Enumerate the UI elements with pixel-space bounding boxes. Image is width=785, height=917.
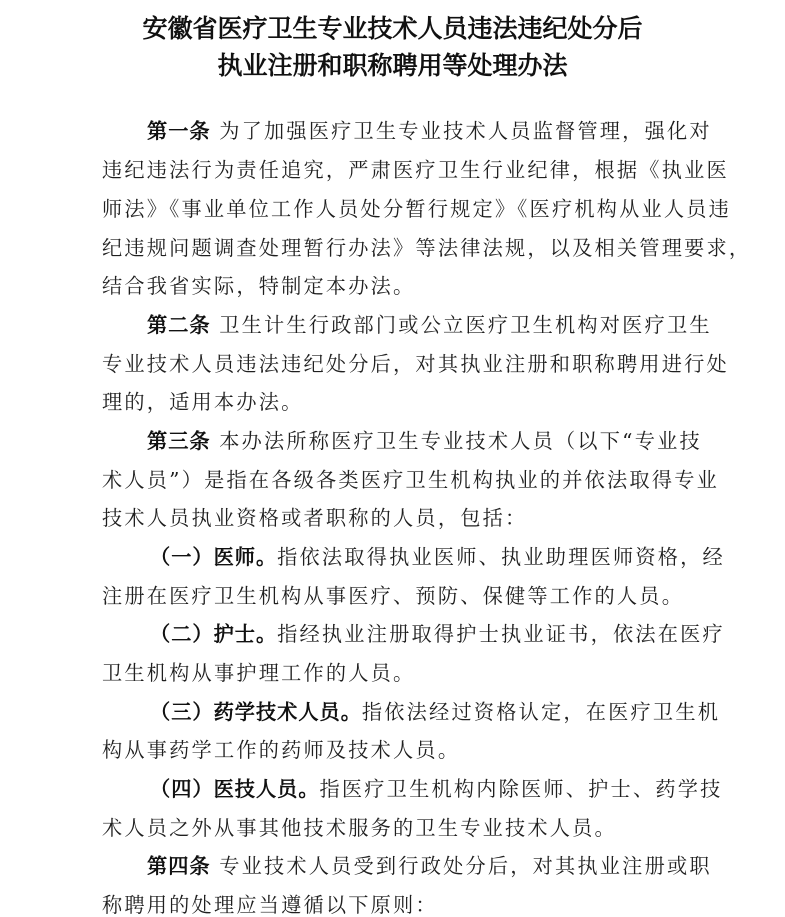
article-2-line-2: 专业技术人员违法违纪处分后，对其执业注册和职称聘用进行处 — [102, 349, 692, 379]
article-heading: 第三条 — [147, 429, 211, 453]
article-text: 本办法所称医疗卫生专业技术人员（以下“专业技 — [219, 429, 702, 453]
item-2-line-1: （二）护士。指经执业注册取得护士执业证书，依法在医疗 — [150, 619, 740, 649]
article-4-line-1: 第四条 专业技术人员受到行政处分后，对其执业注册或职 — [147, 851, 737, 881]
item-1-line-2: 注册在医疗卫生机构从事医疗、预防、保健等工作的人员。 — [102, 581, 692, 611]
item-4-line-2: 术人员之外从事其他技术服务的卫生专业技术人员。 — [102, 813, 692, 843]
item-text: 指经执业注册取得护士执业证书，依法在医疗 — [277, 622, 725, 646]
article-1-line-2: 违纪违法行为责任追究，严肃医疗卫生行业纪律，根据《执业医 — [102, 155, 692, 185]
item-text: 指依法取得执业医师、执业助理医师资格，经 — [277, 545, 725, 569]
item-1-line-1: （一）医师。指依法取得执业医师、执业助理医师资格，经 — [150, 542, 740, 572]
item-text: 指医疗卫生机构内除医师、护士、药学技 — [320, 777, 723, 801]
item-text: 指依法经过资格认定，在医疗卫生机 — [362, 700, 720, 724]
article-1-line-4: 纪违规问题调查处理暂行办法》等法律法规，以及相关管理要求， — [102, 233, 692, 263]
document-title-line-2: 执业注册和职称聘用等处理办法 — [0, 51, 785, 81]
article-heading: 第四条 — [147, 854, 211, 878]
item-4-line-1: （四）医技人员。指医疗卫生机构内除医师、护士、药学技 — [150, 774, 740, 804]
item-2-line-2: 卫生机构从事护理工作的人员。 — [102, 658, 692, 688]
article-3-line-1: 第三条 本办法所称医疗卫生专业技术人员（以下“专业技 — [147, 426, 737, 456]
item-3-line-2: 构从事药学工作的药师及技术人员。 — [102, 735, 692, 765]
article-heading: 第二条 — [147, 313, 211, 337]
article-1-line-1: 第一条 为了加强医疗卫生专业技术人员监督管理，强化对 — [147, 116, 737, 146]
article-1-line-5: 结合我省实际，特制定本办法。 — [102, 271, 692, 301]
item-heading: （二）护士。 — [150, 622, 277, 646]
article-1-line-3: 师法》《事业单位工作人员处分暂行规定》《医疗机构从业人员违 — [102, 194, 692, 224]
article-text: 为了加强医疗卫生专业技术人员监督管理，强化对 — [219, 119, 712, 143]
item-heading: （一）医师。 — [150, 545, 277, 569]
article-3-line-3: 技术人员执业资格或者职称的人员，包括： — [102, 503, 692, 533]
article-heading: 第一条 — [147, 119, 211, 143]
article-text: 卫生计生行政部门或公立医疗卫生机构对医疗卫生 — [219, 313, 712, 337]
article-2-line-1: 第二条 卫生计生行政部门或公立医疗卫生机构对医疗卫生 — [147, 310, 737, 340]
article-text: 专业技术人员受到行政处分后，对其执业注册或职 — [219, 854, 712, 878]
item-3-line-1: （三）药学技术人员。指依法经过资格认定，在医疗卫生机 — [150, 697, 740, 727]
article-3-line-2: 术人员”）是指在各级各类医疗卫生机构执业的并依法取得专业 — [102, 465, 692, 495]
article-4-line-2: 称聘用的处理应当遵循以下原则： — [102, 890, 692, 917]
item-heading: （四）医技人员。 — [150, 777, 320, 801]
item-heading: （三）药学技术人员。 — [150, 700, 362, 724]
article-2-line-3: 理的，适用本办法。 — [102, 387, 692, 417]
document-title-line-1: 安徽省医疗卫生专业技术人员违法违纪处分后 — [0, 14, 785, 44]
document-page: 安徽省医疗卫生专业技术人员违法违纪处分后 执业注册和职称聘用等处理办法 第一条 … — [0, 0, 785, 917]
